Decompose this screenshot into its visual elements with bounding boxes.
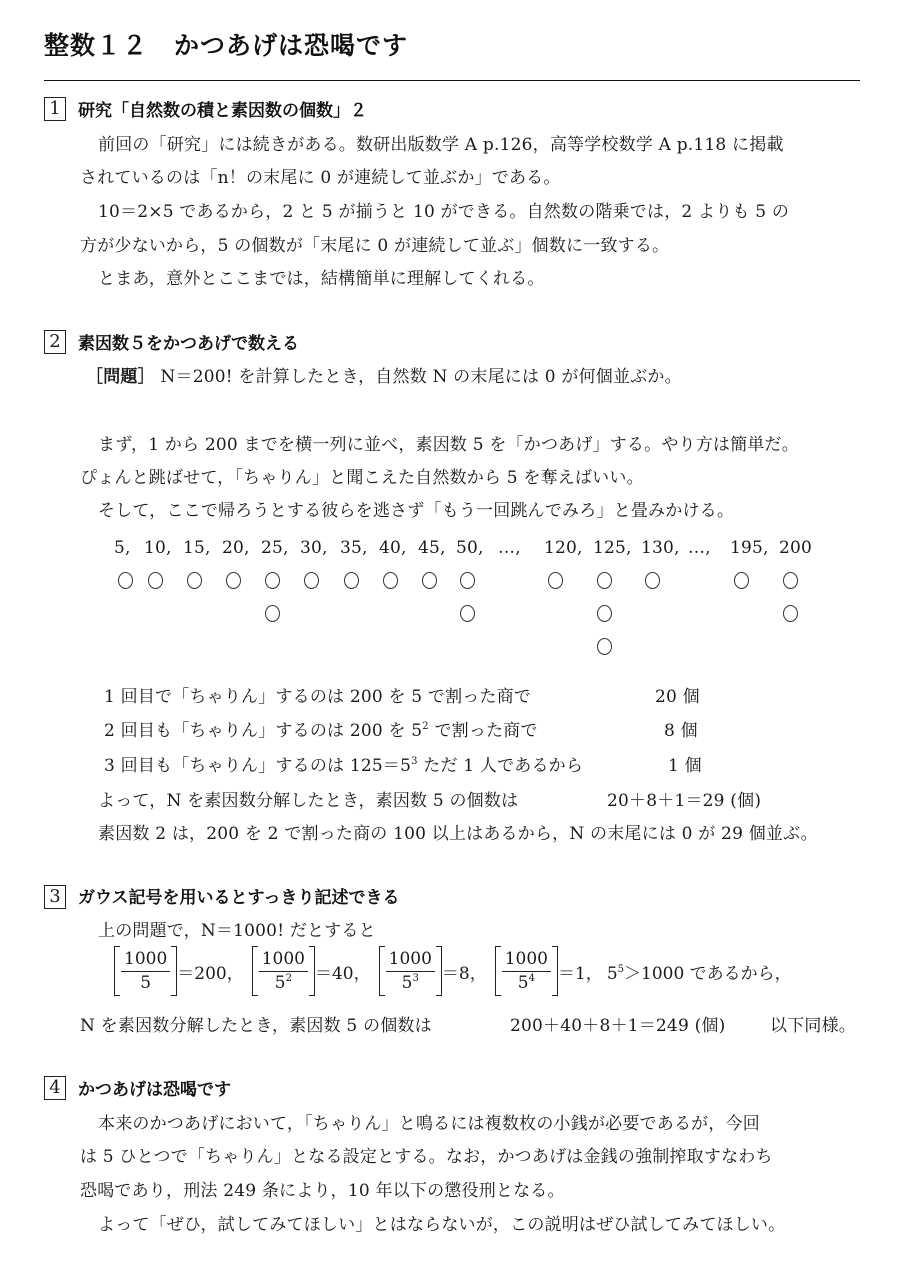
number-row-item: 130, [641,538,680,558]
step-2-count: 8 個 [664,716,698,741]
gauss-result-1: ＝200， [177,959,243,984]
number-row-item: 25, [261,538,289,558]
gauss-result-3: ＝8， [442,959,487,984]
circle-mark-icon [187,572,202,589]
gauss-bracket-2: 100052 [252,946,315,996]
circle-mark-icon [422,572,437,589]
section-number-3: 3 [44,885,66,909]
gauss-formula-row: 10005 ＝200， 100052 ＝40， 100053 ＝8， 10005… [114,946,792,996]
circle-mark-icon [734,572,749,589]
section-number-4: 4 [44,1076,66,1100]
number-row-item: 5, [114,538,131,558]
gauss-result-2: ＝40， [315,959,371,984]
number-row-item: 20, [222,538,250,558]
den-exponent: 4 [529,973,535,984]
denominator: 52 [275,972,292,993]
number-row-item: 15, [183,538,211,558]
gauss-bracket-3: 100053 [379,946,442,996]
gauss-tail: 55＞1000 であるから， [607,959,792,984]
step-2-text-b: で割った商で [429,721,538,741]
number-row-item: 10, [144,538,172,558]
number-row-item: …, [688,538,711,558]
number-row-item: 125, [593,538,632,558]
circle-mark-icon [597,572,612,589]
step-3-count: 1 個 [668,751,702,776]
circle-mark-icon [460,572,475,589]
den-exponent: 2 [286,973,292,984]
step-3-text: 3 回目も「ちゃりん」するのは 125＝53 ただ 1 人であるから [104,751,583,776]
number-row-item: 30, [300,538,328,558]
den-exponent: 3 [412,973,418,984]
section-4-line-4: よって「ぜひ，試してみてほしい」とはならないが，この説明はぜひ試してみてほしい。 [98,1210,785,1235]
number-row-item: 35, [340,538,368,558]
circle-mark-icon [460,605,475,622]
numerator: 1000 [386,950,435,972]
number-row-item: 50, [456,538,484,558]
step-2-text: 2 回目も「ちゃりん」するのは 200 を 52 で割った商で [104,716,538,741]
circle-mark-icon [265,572,280,589]
section-4-line-3: 恐喝であり，刑法 249 条により，10 年以下の懲役刑となる。 [80,1176,565,1201]
section-3-intro: 上の問題で，N＝1000! だとすると [98,916,376,941]
den-base: 5 [402,973,413,993]
step-1-count: 20 個 [655,682,700,707]
number-row-item: 195, [730,538,769,558]
step-3-text-a: 3 回目も「ちゃりん」するのは 125＝5 [104,756,411,776]
circle-mark-icon [344,572,359,589]
section-heading-3: ガウス記号を用いるとすっきり記述できる [78,883,399,908]
number-row-item: 200 [779,538,812,558]
circle-mark-icon [118,572,133,589]
gauss-result-4: ＝1， [558,959,603,984]
circle-mark-icon [645,572,660,589]
den-base: 5 [518,973,529,993]
conclusion-1-text: よって，N を素因数分解したとき，素因数 5 の個数は [98,786,518,811]
gauss-tail-base: 5 [607,964,618,984]
number-row-item: …, [498,538,521,558]
number-row-item: 120, [544,538,583,558]
circle-mark-icon [597,605,612,622]
section-3-conclusion-formula: 200＋40＋8＋1＝249 (個) [510,1011,725,1036]
numerator: 1000 [502,950,551,972]
denominator: 54 [518,972,535,993]
circle-mark-icon [265,605,280,622]
conclusion-2-text: 素因数 2 は，200 を 2 で割った商の 100 以上はあるから，N の末尾… [98,819,818,844]
circle-mark-icon [783,605,798,622]
number-row-item: 40, [379,538,407,558]
den-base: 5 [275,973,286,993]
circle-mark-icon [783,572,798,589]
gauss-bracket-1: 10005 [114,946,177,996]
numerator: 1000 [121,950,170,972]
conclusion-1-formula: 20＋8＋1＝29 (個) [607,786,761,811]
numerator: 1000 [259,950,308,972]
number-row-item: 45, [418,538,446,558]
circle-mark-icon [597,638,612,655]
section-3-conclusion-note: 以下同様。 [770,1011,856,1036]
denominator: 53 [402,972,419,993]
circle-mark-icon [148,572,163,589]
step-2-text-a: 2 回目も「ちゃりん」するのは 200 を 5 [104,721,422,741]
step-1-text: 1 回目で「ちゃりん」するのは 200 を 5 で割った商で [104,682,531,707]
denominator: 5 [140,972,151,993]
section-3-conclusion-text: N を素因数分解したとき，素因数 5 の個数は [80,1011,432,1036]
gauss-tail-text: ＞1000 であるから， [624,964,792,984]
circle-mark-icon [548,572,563,589]
section-4-line-2: は 5 ひとつで「ちゃりん」となる設定とする。なお，かつあげは金銭の強制搾取すな… [80,1142,773,1167]
circle-mark-icon [304,572,319,589]
circle-mark-icon [383,572,398,589]
den-base: 5 [140,973,151,993]
step-3-text-b: ただ 1 人であるから [418,756,583,776]
section-heading-4: かつあげは恐喝です [78,1075,231,1100]
gauss-bracket-4: 100054 [495,946,558,996]
circle-mark-icon [226,572,241,589]
section-4-line-1: 本来のかつあげにおいて，「ちゃりん」と鳴るには複数枚の小銭が必要であるが，今回 [98,1109,760,1134]
